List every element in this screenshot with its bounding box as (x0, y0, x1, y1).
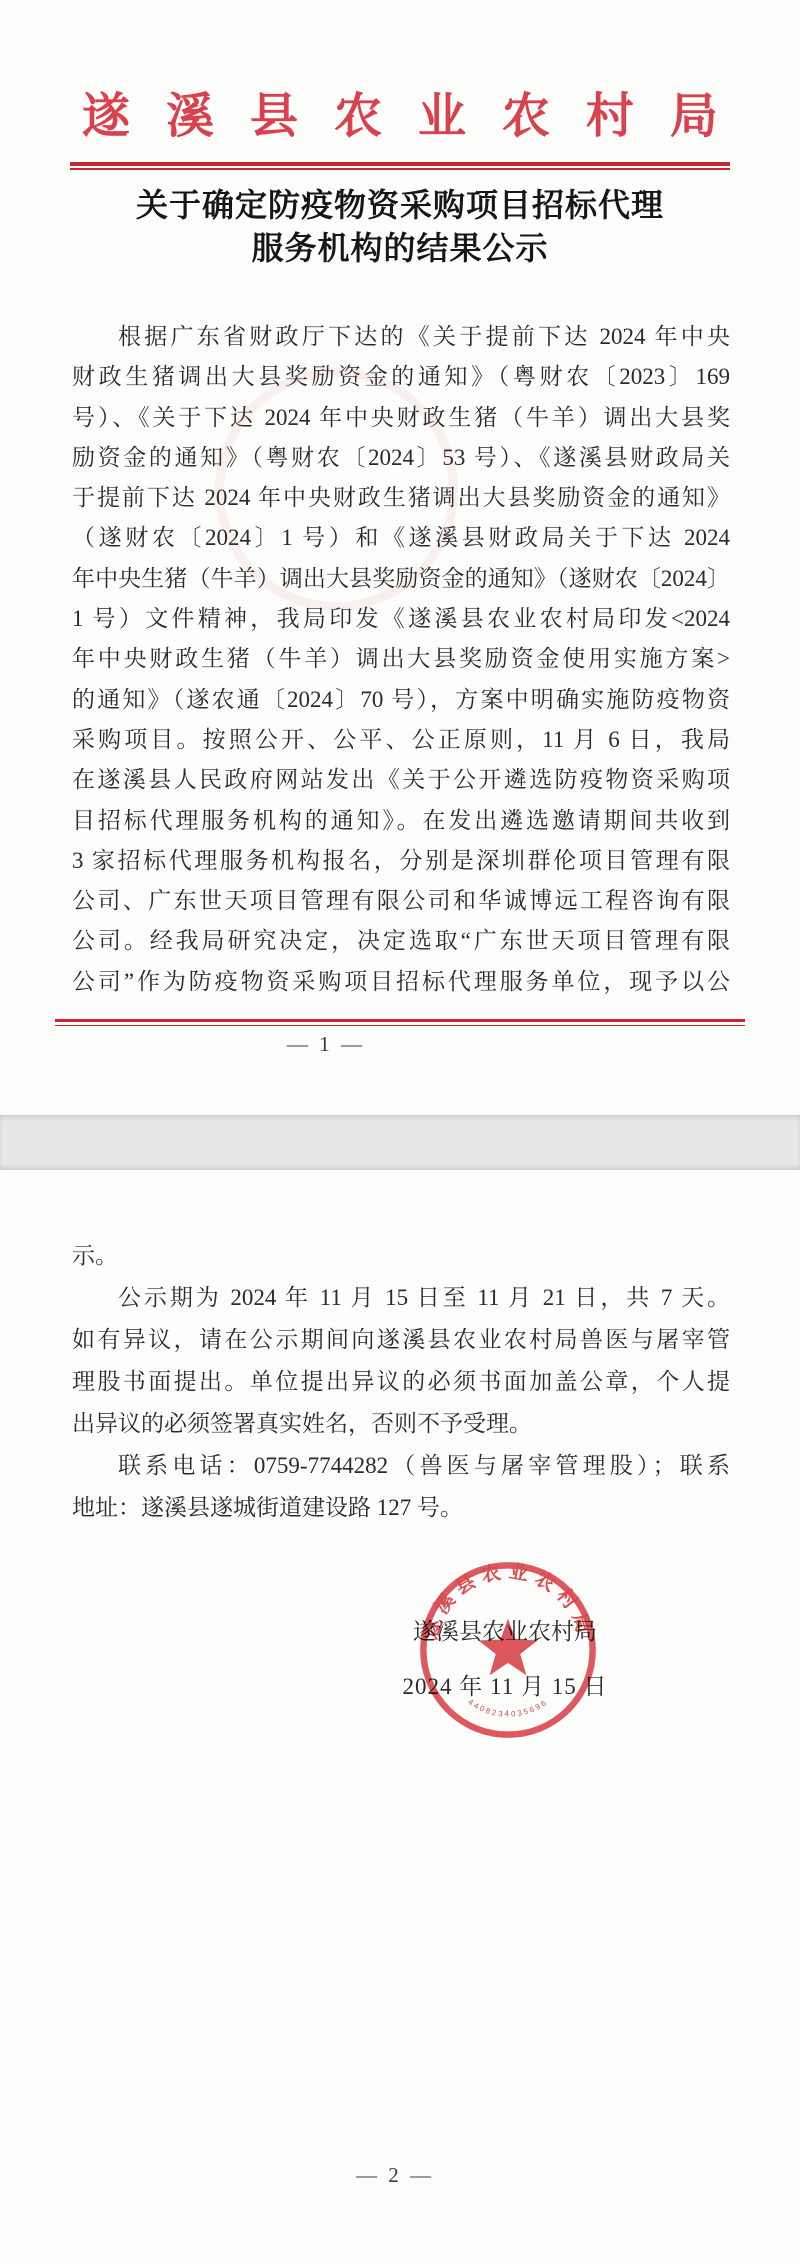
document-title-line-2: 服务机构的结果公示 (0, 227, 800, 270)
seal-star-icon (478, 1619, 537, 1676)
document-title: 关于确定防疫物资采购项目招标代理 服务机构的结果公示 (0, 184, 800, 270)
body-line: 地址：遂溪县遂城街道建设路 127 号。 (72, 1487, 730, 1529)
letterhead-rule (70, 162, 730, 170)
body-line: 理股书面提出。单位提出异议的必须书面加盖公章，个人提 (72, 1361, 730, 1403)
body-line: 示。 (72, 1235, 730, 1277)
body-line: 公司”作为防疫物资采购项目招标代理服务单位，现予以公 (72, 962, 730, 1002)
body-line: 的通知》（遂农通〔2024〕70 号），方案中明确实施防疫物资 (72, 680, 730, 720)
body-line: 在遂溪县人民政府网站发出《关于公开遴选防疫物资采购项 (72, 760, 730, 800)
official-seal: 遂溪县农业农村局 4408234035696 (416, 1558, 600, 1742)
body-line: 如有异议，请在公示期间向遂溪县农业农村局兽医与屠宰管 (72, 1319, 730, 1361)
body-line: 采购项目。按照公开、公平、公正原则，11 月 6 日，我局 (72, 720, 730, 760)
body-line: 出异议的必须签署真实姓名，否则不予受理。 (72, 1403, 730, 1445)
body-line: 根据广东省财政厅下达的《关于提前下达 2024 年中央 (72, 317, 730, 357)
seal-code: 4408234035696 (466, 1697, 549, 1718)
document-title-line-1: 关于确定防疫物资采购项目招标代理 (0, 184, 800, 227)
page-number-2: — 2 — (0, 2163, 795, 2188)
page-2-body: 示。 公示期为 2024 年 11 月 15 日至 11 月 21 日，共 7 … (72, 1170, 730, 1529)
body-line: 公司。经我局研究决定，决定选取“广东世天项目管理有限 (72, 921, 730, 961)
body-line: 联系电话：0759-7744282（兽医与屠宰管理股）；联系 (72, 1445, 730, 1487)
page-number-1: — 1 — (0, 1032, 726, 1057)
document-scan: 遂溪县农业农村局 关于确定防疫物资采购项目招标代理 服务机构的结果公示 根据广东… (0, 0, 800, 2263)
svg-text:4408234035696: 4408234035696 (466, 1697, 549, 1718)
page-2: 示。 公示期为 2024 年 11 月 15 日至 11 月 21 日，共 7 … (0, 1170, 800, 2263)
body-line: 1 号）文件精神，我局印发《遂溪县农业农村局印发<2024 (72, 599, 730, 639)
page-1: 遂溪县农业农村局 关于确定防疫物资采购项目招标代理 服务机构的结果公示 根据广东… (0, 0, 800, 1115)
red-letterhead-title: 遂溪县农业农村局 (82, 88, 718, 146)
body-line: 3 家招标代理服务机构报名，分别是深圳群伦项目管理有限 (72, 841, 730, 881)
body-line: 公司、广东世天项目管理有限公司和华诚博远工程咨询有限 (72, 881, 730, 921)
page-separator (0, 1115, 800, 1170)
body-line: 年中央财政生猪（牛羊）调出大县奖励资金使用实施方案> (72, 639, 730, 679)
footer-rule (55, 1019, 745, 1026)
body-line: 目招标代理服务机构的通知》。在发出遴选邀请期间共收到 (72, 801, 730, 841)
seal-bleed-through (215, 368, 458, 611)
body-line: 公示期为 2024 年 11 月 15 日至 11 月 21 日，共 7 天。 (72, 1277, 730, 1319)
